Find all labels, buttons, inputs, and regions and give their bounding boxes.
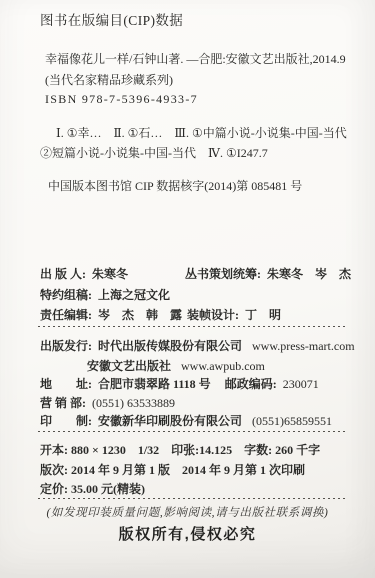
special-contributor-label: 特约组稿: xyxy=(40,288,92,302)
publishing-group-name: 时代出版传媒股份有限公司 xyxy=(98,339,242,353)
publish-distribute-row: 出版发行:时代出版传媒股份有限公司www.press-mart.com xyxy=(40,340,355,354)
design-name: 丁 明 xyxy=(245,308,281,322)
publishing-group-site: www.press-mart.com xyxy=(252,339,355,353)
address-value: 合肥市翡翠路 1118 号 xyxy=(98,377,211,391)
printer-label: 印 制: xyxy=(40,414,92,428)
postcode-label: 邮政编码: xyxy=(225,377,277,391)
series-planning-row: 丛书策划统筹:朱寒冬 岑 杰 xyxy=(185,268,351,282)
printer-name: 安徽新华印刷股份有限公司 xyxy=(98,414,242,428)
edition-spec-line: 版次: 2014 年 9 月第 1 版 2014 年 9 月第 1 次印刷 xyxy=(40,464,305,478)
address-row: 地 址:合肥市翡翠路 1118 号邮政编码:230071 xyxy=(40,378,319,392)
marketing-row: 营 销 部:(0551) 63533889 xyxy=(40,397,175,411)
printer-phone: (0551)65859551 xyxy=(252,414,332,428)
series-planning-names: 朱寒冬 岑 杰 xyxy=(267,267,351,281)
address-label: 地 址: xyxy=(40,377,92,391)
dotted-divider-1 xyxy=(38,326,346,327)
series-planning-label: 丛书策划统筹: xyxy=(185,267,261,281)
copyright-page: 图书在版编目(CIP)数据 幸福像花儿一样/石钟山著. —合肥:安徽文艺出版社,… xyxy=(0,0,375,578)
classification-line-2: ②短篇小说-小说集-中国-当代 Ⅳ. ①I247.7 xyxy=(40,147,268,161)
marketing-phone: (0551) 63533889 xyxy=(92,396,175,410)
publisher-person-name: 朱寒冬 xyxy=(92,267,128,281)
cip-registry-line: 中国版本图书馆 CIP 数据核字(2014)第 085481 号 xyxy=(48,180,302,194)
press-row: 安徽文艺出版社www.awpub.com xyxy=(87,360,265,374)
design-label: 装帧设计: xyxy=(187,308,239,322)
publisher-person-row: 出 版 人:朱寒冬 xyxy=(40,268,128,282)
quality-notice: (如发现印装质量问题,影响阅读,请与出版社联系调换) xyxy=(0,507,375,520)
book-title-line: 幸福像花儿一样/石钟山著. —合肥:安徽文艺出版社,2014.9 xyxy=(45,53,346,67)
marketing-label: 营 销 部: xyxy=(40,396,86,410)
classification-line-1: Ⅰ. ①幸… Ⅱ. ①石… Ⅲ. ①中篇小说-小说集-中国-当代 xyxy=(56,127,347,141)
editor-label: 责任编辑: xyxy=(40,308,92,322)
isbn-line: ISBN 978-7-5396-4933-7 xyxy=(45,93,198,107)
editor-names: 岑 杰 韩 露 xyxy=(98,308,182,322)
special-contributor-row: 特约组稿:上海之冠文化 xyxy=(40,289,170,303)
format-spec-line: 开本: 880 × 1230 1/32 印张:14.125 字数: 260 千字 xyxy=(40,444,320,458)
cip-heading: 图书在版编目(CIP)数据 xyxy=(40,13,183,29)
price-line: 定价: 35.00 元(精装) xyxy=(40,483,145,497)
dotted-divider-2 xyxy=(38,431,346,432)
postcode-value: 230071 xyxy=(283,377,319,391)
press-name: 安徽文艺出版社 xyxy=(87,359,171,373)
editor-row: 责任编辑:岑 杰 韩 露 xyxy=(40,309,182,323)
series-line: (当代名家精品珍藏系列) xyxy=(45,74,173,88)
press-site: www.awpub.com xyxy=(181,359,265,373)
publisher-person-label: 出 版 人: xyxy=(40,267,86,281)
design-row: 装帧设计:丁 明 xyxy=(187,309,281,323)
copyright-notice: 版权所有,侵权必究 xyxy=(0,526,375,543)
printer-row: 印 制:安徽新华印刷股份有限公司(0551)65859551 xyxy=(40,415,332,429)
publish-distribute-label: 出版发行: xyxy=(40,339,92,353)
dotted-divider-3 xyxy=(38,498,346,499)
special-contributor-name: 上海之冠文化 xyxy=(98,288,170,302)
